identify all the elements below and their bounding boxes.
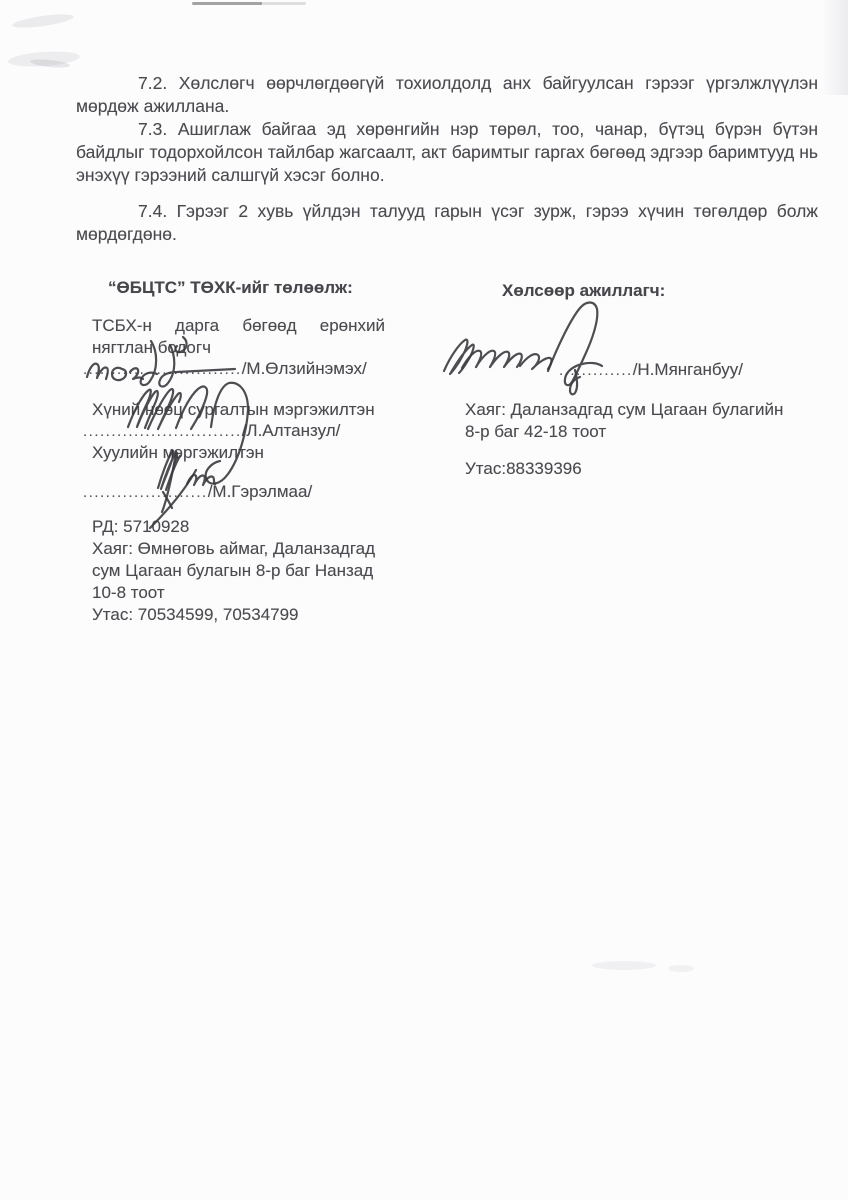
signature-line-hr: ............................/Л.Алтанзул/ xyxy=(83,421,385,442)
employer-heading: “ӨБЦТС” ТӨХК-ийг төлөөлж: xyxy=(92,277,385,298)
signer-title-hr: Хүний нөөц сургалтын мэргэжилтэн xyxy=(92,399,385,421)
dotted-line: ............................ xyxy=(83,361,242,378)
employer-address: Хаяг: Өмнөговь аймаг, Даланзадгад сум Ца… xyxy=(92,538,385,604)
signer-title-legal: Хуулийн мэргэжилтэн xyxy=(92,442,385,464)
employee-address: Хаяг: Даланзадгад сум Цагаан булагийн 8-… xyxy=(465,399,797,443)
employer-signature-block: “ӨБЦТС” ТӨХК-ийг төлөөлж: ТСБХ-н дарга б… xyxy=(92,277,385,626)
signature-line-director: ............................/М.Өлзийнэмэ… xyxy=(83,359,385,380)
employee-phone: Утас:88339396 xyxy=(465,458,797,480)
dotted-line: ............................ xyxy=(83,423,242,440)
clause-7-2: 7.2. Хөлслөгч өөрчлөгдөөгүй тохиолдолд а… xyxy=(76,72,818,118)
signer-name-director: /М.Өлзийнэмэх/ xyxy=(242,359,367,378)
employee-heading: Хөлсөөр ажиллагч: xyxy=(465,280,797,301)
scan-smudge xyxy=(8,50,81,69)
employer-registration-number: РД: 5710928 xyxy=(92,516,385,538)
clause-7-4: 7.4. Гэрээг 2 хувь үйлдэн талууд гарын ү… xyxy=(76,200,818,246)
signer-name-employee: /Н.Мянганбуу/ xyxy=(633,360,743,379)
employee-signature-block: Хөлсөөр ажиллагч: ............./Н.Мянган… xyxy=(465,280,797,480)
scan-smudge xyxy=(592,961,656,970)
clause-7-3: 7.3. Ашиглаж байгаа эд хөрөнгийн нэр төр… xyxy=(76,118,818,187)
dotted-line: ............. xyxy=(559,362,633,379)
scan-edge-mark xyxy=(192,2,262,5)
scan-edge-mark xyxy=(260,2,306,5)
scan-edge-shadow xyxy=(822,0,848,95)
signer-name-legal: /М.Гэрэлмаа/ xyxy=(208,482,312,501)
signature-line-employee: ............./Н.Мянганбуу/ xyxy=(465,360,797,381)
signer-name-hr: /Л.Алтанзул/ xyxy=(242,421,341,440)
employer-phone: Утас: 70534599, 70534799 xyxy=(92,604,385,626)
signer-title-director: ТСБХ-н дарга бөгөөд ерөнхий нягтлан бодо… xyxy=(92,315,385,359)
scanned-contract-page: 7.2. Хөлслөгч өөрчлөгдөөгүй тохиолдолд а… xyxy=(0,0,848,1200)
scan-smudge xyxy=(30,58,71,69)
contract-clauses: 7.2. Хөлслөгч өөрчлөгдөөгүй тохиолдолд а… xyxy=(76,72,818,246)
dotted-line: ...................... xyxy=(83,484,208,501)
scan-smudge xyxy=(12,12,75,31)
scan-smudge xyxy=(668,965,694,972)
signature-line-legal: ....................../М.Гэрэлмаа/ xyxy=(83,482,385,503)
